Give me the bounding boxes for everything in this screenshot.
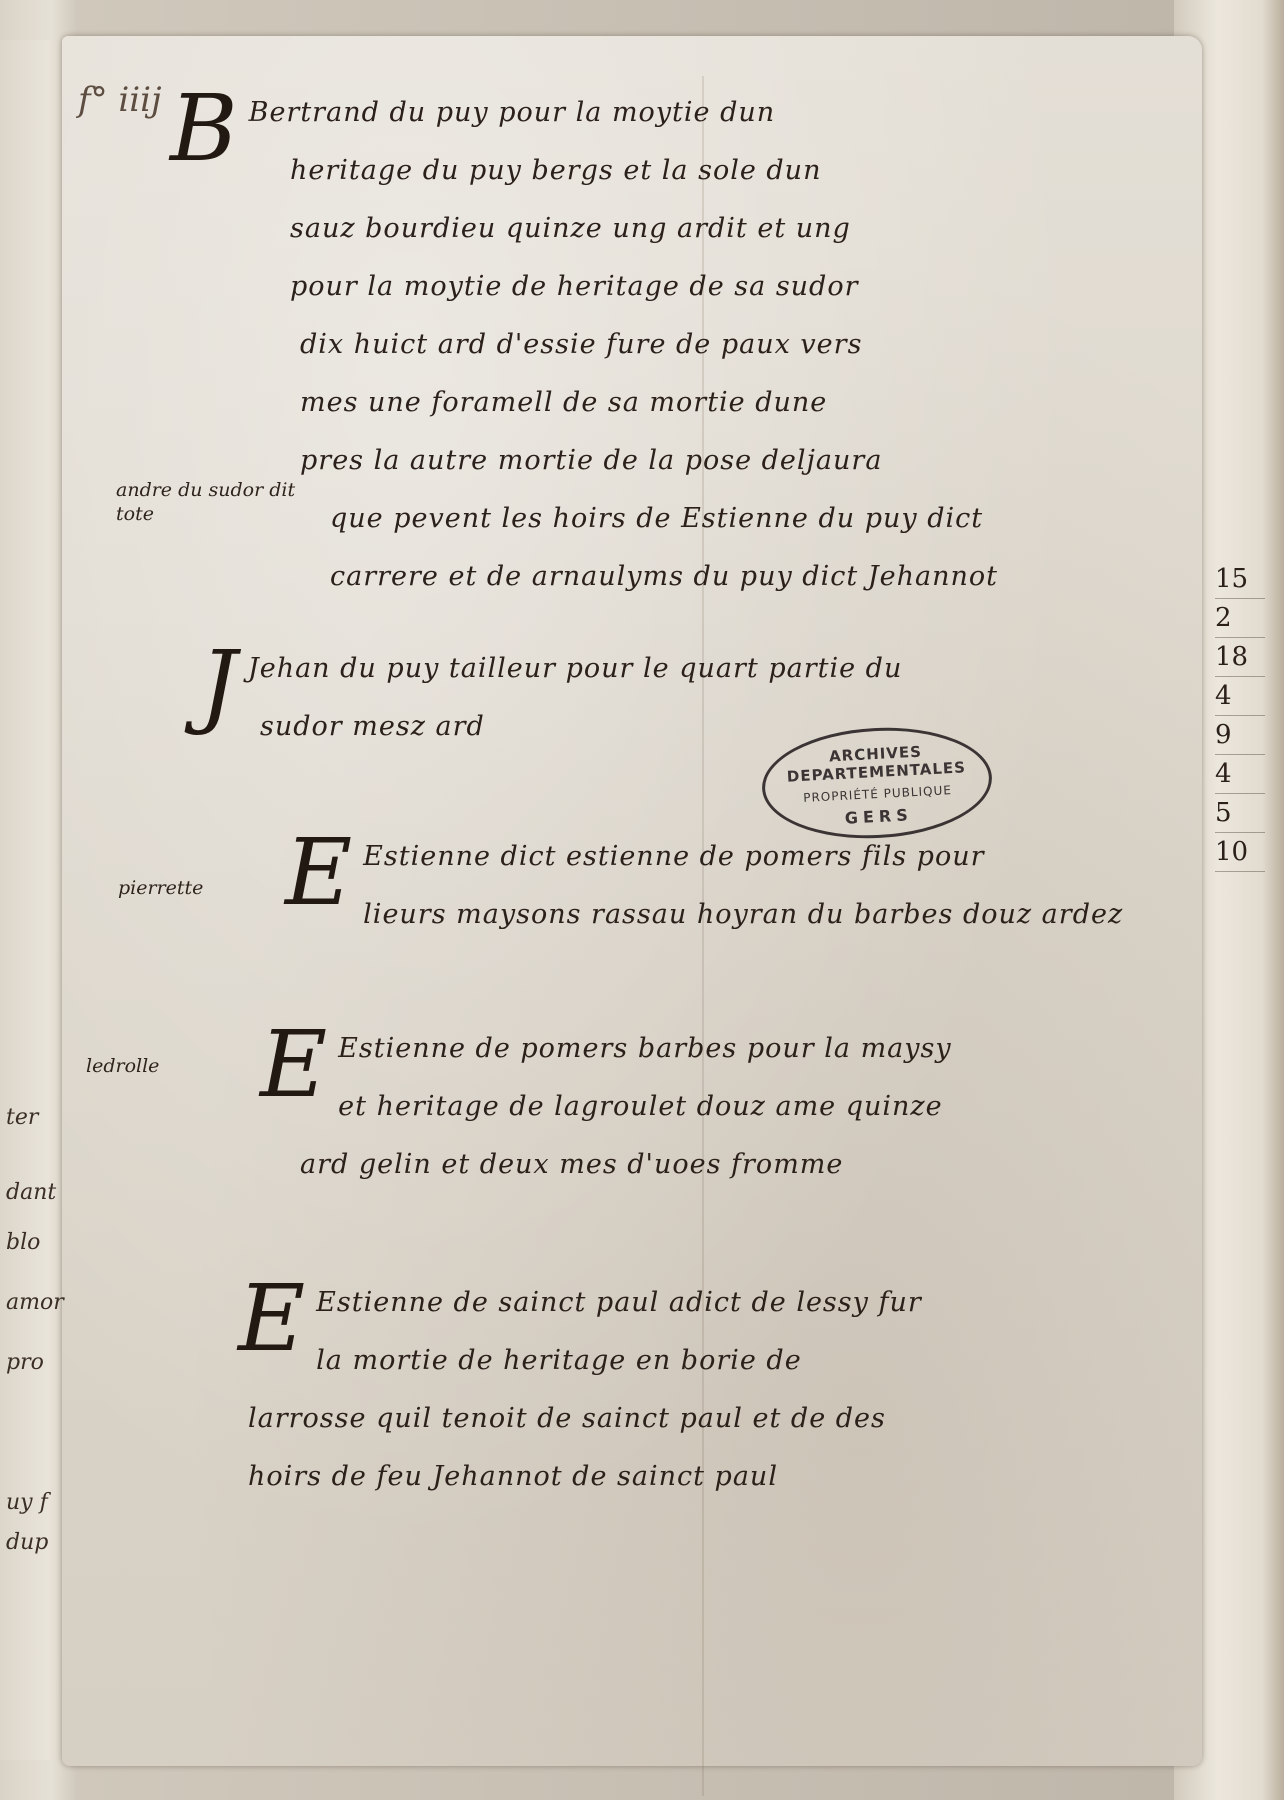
entry-line: carrere et de arnaulyms du puy dict Jeha… bbox=[330, 548, 1130, 606]
tally-value: 10 bbox=[1215, 833, 1265, 872]
entry-initial: E bbox=[260, 1020, 328, 1110]
entry-line: Jehan du puy tailleur pour le quart part… bbox=[200, 640, 1160, 698]
entry-initial: J bbox=[200, 640, 238, 730]
tally-value: 15 bbox=[1215, 560, 1265, 599]
entry-line: que pevent les hoirs de Estienne du puy … bbox=[330, 490, 1130, 548]
tally-value: 18 bbox=[1215, 638, 1265, 677]
entry-line: sudor mesz ard bbox=[260, 698, 1160, 756]
folio-number: f° iiij bbox=[78, 80, 162, 120]
entry-5: E Estienne de sainct paul adict de lessy… bbox=[238, 1274, 1168, 1506]
margin-note-1: andre du sudor dit tote bbox=[116, 478, 306, 526]
tally-value: 5 bbox=[1215, 794, 1265, 833]
tally-value: 4 bbox=[1215, 677, 1265, 716]
entry-line: heritage du puy bergs et la sole dun bbox=[290, 142, 1130, 200]
entry-initial: E bbox=[238, 1274, 306, 1364]
tally-value: 9 bbox=[1215, 716, 1265, 755]
entry-line: hoirs de feu Jehannot de sainct paul bbox=[248, 1448, 1168, 1506]
entry-line: la mortie de heritage en borie de bbox=[238, 1332, 1168, 1390]
entry-line: Estienne de pomers barbes pour la maysy bbox=[260, 1020, 1180, 1078]
entry-line: dix huict ard d'essie fure de paux vers bbox=[300, 316, 1130, 374]
edge-fragment: uy f bbox=[6, 1490, 48, 1515]
entry-line: et heritage de lagroulet douz ame quinze bbox=[260, 1078, 1180, 1136]
entry-line: ard gelin et deux mes d'uoes fromme bbox=[300, 1136, 1180, 1194]
entry-line: larrosse quil tenoit de sainct paul et d… bbox=[248, 1390, 1168, 1448]
tally-value: 2 bbox=[1215, 599, 1265, 638]
stamp-line-1: ARCHIVES DEPARTEMENTALES bbox=[763, 739, 989, 787]
entry-initial: E bbox=[285, 828, 353, 918]
edge-fragment: pro bbox=[6, 1350, 44, 1375]
edge-fragment: dant bbox=[6, 1180, 56, 1205]
entry-3: E Estienne dict estienne de pomers fils … bbox=[285, 828, 1185, 944]
entry-line: sauz bourdieu quinze ung ardit et ung bbox=[290, 200, 1130, 258]
entry-line: lieurs maysons rassau hoyran du barbes d… bbox=[285, 886, 1185, 944]
entry-line: mes une foramell de sa mortie dune bbox=[300, 374, 1130, 432]
entry-initial: B bbox=[170, 84, 239, 174]
edge-fragment: amor bbox=[6, 1290, 64, 1315]
margin-note-3: pierrette bbox=[118, 876, 203, 900]
margin-note-4: ledrolle bbox=[86, 1054, 159, 1078]
entry-line: pres la autre mortie de la pose deljaura bbox=[300, 432, 1130, 490]
right-margin-tally: 15 2 18 4 9 4 5 10 bbox=[1215, 560, 1265, 872]
tally-value: 4 bbox=[1215, 755, 1265, 794]
entry-line: pour la moytie de heritage de sa sudor bbox=[290, 258, 1130, 316]
entry-2: J Jehan du puy tailleur pour le quart pa… bbox=[200, 640, 1160, 756]
entry-1: B Bertrand du puy pour la moytie dun her… bbox=[170, 84, 1130, 606]
entry-line: Estienne de sainct paul adict de lessy f… bbox=[238, 1274, 1168, 1332]
edge-fragment: blo bbox=[6, 1230, 40, 1255]
entry-line: Bertrand du puy pour la moytie dun bbox=[170, 84, 1130, 142]
edge-fragment: dup bbox=[6, 1530, 48, 1555]
entry-line: Estienne dict estienne de pomers fils po… bbox=[285, 828, 1185, 886]
edge-fragment: ter bbox=[6, 1105, 38, 1130]
entry-4: E Estienne de pomers barbes pour la mays… bbox=[260, 1020, 1180, 1194]
